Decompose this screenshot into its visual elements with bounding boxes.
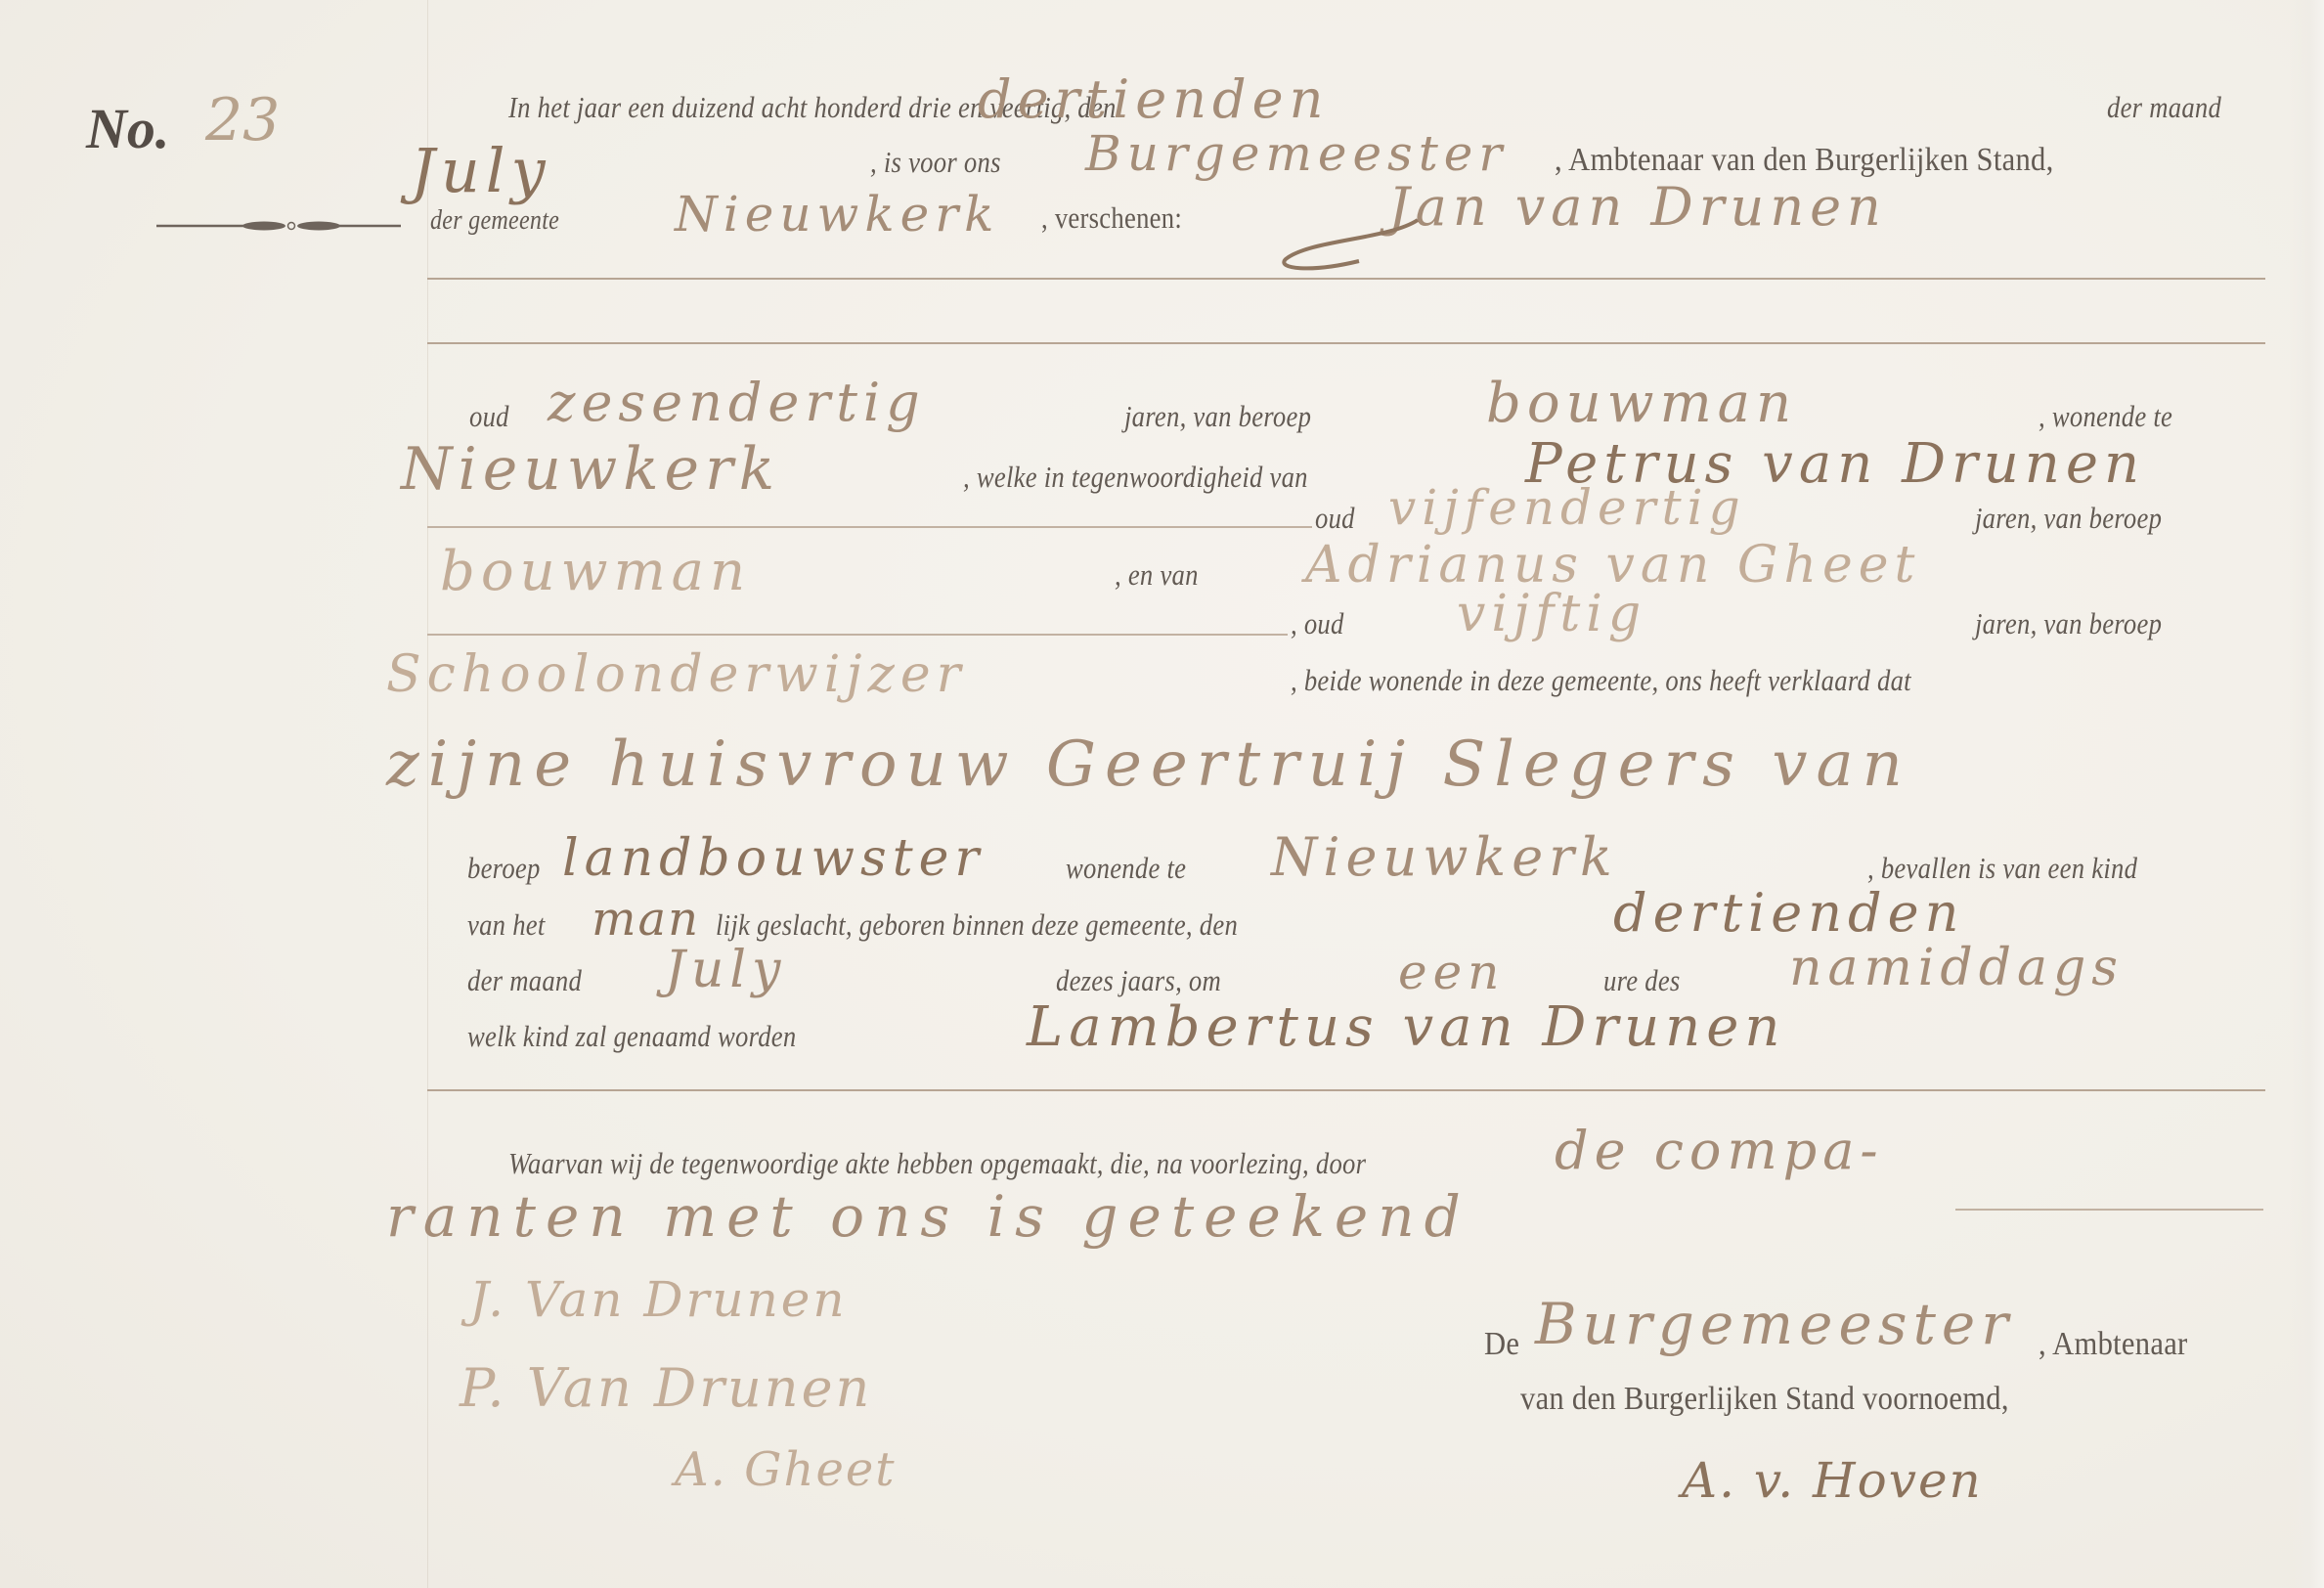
hand-municipality: Nieuwkerk [675,186,999,243]
printed-bevallen: , bevallen is van een kind [1867,851,2137,886]
hand-time-of-day: namiddags [1789,939,2124,997]
hand-declarant: Jan van Drunen [1388,176,1887,238]
hand-wife-line: zijne huisvrouw Geertruij Slegers van [386,728,1911,801]
hand-birth-month: July [665,941,786,999]
signature-2: P. Van Drunen [460,1357,872,1419]
rule [1955,1209,2263,1211]
printed-jaren-beroep-2: jaren, van beroep [1975,501,2162,536]
printed-dezes-jaars: dezes jaars, om [1056,963,1221,998]
ornament-divider-icon [156,219,401,233]
printed-voornoemd: van den Burgerlijken Stand voornoemd, [1520,1381,2009,1418]
printed-geslacht: lijk geslacht, geboren binnen deze gemee… [716,907,1238,943]
printed-wonende-te: , wonende te [2039,399,2172,434]
hand-birth-day: dertienden [1613,882,1964,944]
hand-declarant-age: zesendertig [548,372,926,433]
hand-witness2-age: vijftig [1457,585,1646,643]
printed-jaren-beroep-3: jaren, van beroep [1975,606,2162,641]
rule [427,634,1288,636]
printed-ure-des: ure des [1603,963,1681,998]
printed-voor-ons: , is voor ons [870,145,1001,180]
hand-witness1-age: vijfendertig [1388,479,1746,536]
printed-ambtenaar-2: , Ambtenaar [2039,1326,2188,1363]
printed-de: De [1484,1326,1519,1363]
hand-wife-residence: Nieuwkerk [1271,826,1618,888]
rule [427,1089,2265,1091]
flourish-icon [1271,210,1427,279]
hand-signing-1: de compa- [1555,1120,1884,1181]
hand-witness1-occupation: bouwman [440,540,751,603]
hand-signing-2: ranten met ons is geteekend [386,1183,1470,1250]
printed-beroep: beroep [467,851,541,886]
printed-en-van: , en van [1115,557,1199,593]
signature-1: J. Van Drunen [469,1271,848,1328]
printed-der-maand-2: der maand [467,963,582,998]
printed-oud: oud [469,399,509,434]
signature-3: A. Gheet [675,1442,897,1497]
printed-tegenwoordigheid: , welke in tegenwoordigheid van [963,460,1308,495]
printed-der-gemeente: der gemeente [430,205,559,237]
hand-declarant-residence: Nieuwkerk [401,435,780,504]
printed-oud-2: oud [1315,501,1355,536]
printed-beide-wonende: , beide wonende in deze gemeente, ons he… [1291,663,1911,698]
hand-child-name: Lambertus van Drunen [1027,995,1785,1059]
hand-wife-occupation: landbouwster [562,829,985,888]
printed-genaamd-worden: welk kind zal genaamd worden [467,1019,796,1054]
page-edge [2289,0,2324,1588]
document-page: No. 23 In het jaar een duizend acht hond… [0,0,2324,1588]
hand-declarant-occupation: bouwman [1486,372,1797,435]
printed-wonende-te-2: wonende te [1066,851,1186,886]
hand-day: dertienden [978,68,1329,130]
printed-verschenen: , verschenen: [1041,200,1182,236]
hand-witness2-occupation: Schoolonderwijzer [386,645,967,704]
printed-ambtenaar: , Ambtenaar van den Burgerlijken Stand, [1555,142,2054,179]
printed-oud-3: , oud [1291,606,1344,641]
record-number-label: No. [86,96,169,161]
record-number: 23 [205,86,280,154]
hand-official-title-2: Burgemeester [1535,1291,2014,1357]
hand-sex: man [592,892,700,947]
hand-hour: een [1398,944,1505,1000]
printed-waarvan: Waarvan wij de tegenwoordige akte hebben… [508,1146,1366,1181]
signature-official: A. v. Hoven [1682,1452,1983,1509]
hand-month: July [411,135,551,206]
printed-van-het: van het [467,907,546,943]
printed-der-maand: der maand [2107,90,2221,125]
rule [427,342,2265,344]
printed-jaren-beroep: jaren, van beroep [1124,399,1311,434]
hand-official-title: Burgemeester [1085,125,1508,182]
rule [427,526,1312,528]
